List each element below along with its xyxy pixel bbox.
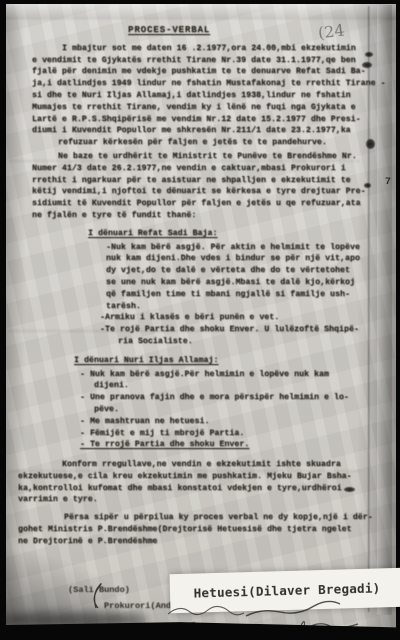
closing-paragraph: Përsa sipër u përpilua ky proces verbal … [32,512,370,547]
document-line: diumi i Kuvendit Popullor me shkresën Nr… [32,125,370,137]
document-line: këtij vendimi,i njoftoi te dënuarit se k… [32,186,370,198]
document-line: dijeni. [94,380,370,392]
section-heading: I dënuari Refat Sadi Baja: [88,228,370,240]
document-line: rrethit i ngarkuar për te asistuar ne sh… [32,175,370,187]
statement-section-2: - Nuk kam bërë asgjë.Për helmimin e lopë… [32,369,370,452]
document-line: e vendimit te Gjykatës rrethit Tirane Nr… [32,55,370,67]
document-line: -Armiku i klasës e bëri punën e vet. [100,312,370,324]
execution-paragraph: Konform rregullave,ne vendin e ekzekutim… [32,459,370,506]
document-line: si dhe te Nuri Iljas Allamaj,i datlindje… [32,90,370,102]
order-paragraph: Ne baze te urdhërit te Ministrit te Punë… [32,151,370,222]
document-line: I mbajtur sot me daten 16 .2.1977,ora 24… [32,43,370,55]
document-line: Mumajes te rrethit Tirane, vendim ky i l… [32,102,370,114]
document-line: ne Drejtorinë e P.Brendëshme [18,536,370,548]
document-line: Përsa sipër u përpilua ky proces verbal … [18,512,370,524]
scanned-document-photo: PROCES-VERBAL I mbajtur sot me daten 16 … [0,0,400,640]
intro-paragraph: I mbajtur sot me daten 16 .2.1977,ora 24… [32,43,370,149]
document-line: ka,kontrolloi kufomat dhe mbasi konstato… [18,483,370,495]
document-line: ja,i datlindjes 1949 lindur ne fshatin M… [32,78,370,90]
document-line: gohet Ministris P.Brendëshme(Drejtorisë … [18,524,370,536]
document-line: Lartë e R.P.S.Shqipërisë me vendim Nr.12… [32,114,370,126]
document-line: nuk kam dijeni.Dhe vdes i bindur se për … [106,253,370,265]
document-line: -Te rojë Partia dhe shoku Enver. U lulëz… [100,324,370,336]
document-line: varrimin e tyre. [18,494,370,506]
margin-mark: 7 [385,177,391,188]
investigator-label: Hetuesi(Dilaver Bregadi) [170,568,400,614]
document-line: - Fëmijët e mij ti mbrojë Partia. [80,428,370,440]
document-line: dy vjet,do te dalë e vërteta dhe do te v… [106,265,370,277]
document-line: - Me mashtruan ne hetuesi. [80,416,370,428]
document-line: Ne baze te urdhërit te Ministrit te Punë… [32,151,370,163]
document-line: -Nuk kam bërë asgjë. Për aktin e helmimi… [106,242,370,254]
page-edge [377,5,392,615]
document-line: - Te rrojë Partia dhe shoku Enver. [80,439,370,451]
signer-role-left: Prokurori(And [104,601,171,611]
document-line: që familjen time ti mbani ngjallë si fam… [106,289,370,301]
document-line: Numer 41/3 date 26.2.1977,ne vendin e ca… [32,163,370,175]
section-heading: I dënuari Nuri Iljas Allamaj: [74,355,370,367]
document-line: sidiumit të Kuvendit Popullor për faljen… [32,198,370,210]
typed-text-body: PROCES-VERBAL I mbajtur sot me daten 16 … [32,10,370,548]
statement-section-1: -Nuk kam bërë asgjë. Për aktin e helmimi… [32,242,370,348]
document-line: - Nuk kam bërë asgjë.Për helmimin e lopë… [80,369,370,381]
document-line: ne fjalën e tyre të fundit thanë: [32,210,370,222]
document-line: refuzuar kërkesën për faljen e jetës te … [32,137,370,149]
document-line: - Une pranova fajin dhe e mora përsipër … [80,392,370,404]
document-line: se une nuk kam bërë asgjë.Mbasi te dalë … [106,277,370,289]
document-line: ria Socialiste. [118,336,370,348]
document-line: fjalë për denimin me vdekje pushkatim te… [32,66,370,78]
document-line: Konform rregullave,ne vendin e ekzekutim… [18,459,370,471]
document-line: ekzekutuese,e cila kreu ekzekutimin me p… [18,471,370,483]
document-line: tarësh. [106,301,370,313]
signer-name-left: (Sali Bundo) [68,585,130,595]
document-line: pëve. [94,404,370,416]
handwritten-page-number: (24 [317,20,346,42]
